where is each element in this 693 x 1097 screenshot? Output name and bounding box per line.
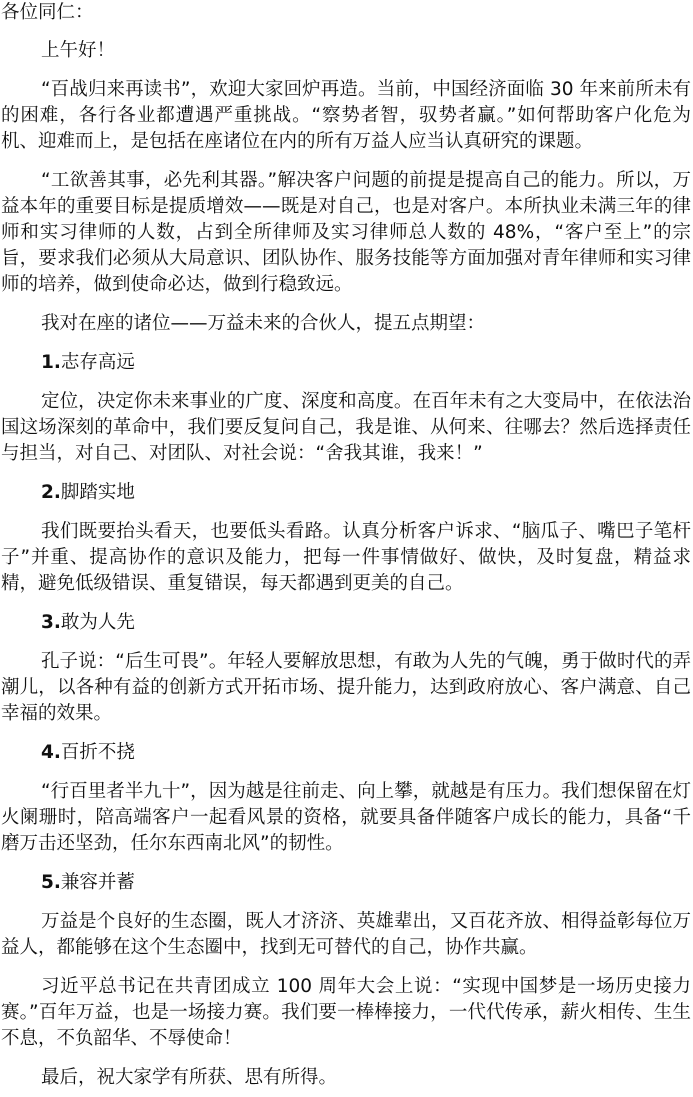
section-title: 百折不挠 [61, 742, 135, 763]
section-body: 万益是个良好的生态圈，既人才济济、英雄辈出，又百花齐放、相得益彰每位万益人，都能… [1, 909, 691, 961]
section-number: 5. [41, 872, 61, 893]
closing-paragraph: 习近平总书记在共青团成立 100 周年大会上说：“实现中国梦是一场历史接力赛。”… [1, 974, 691, 1052]
section-heading: 4.百折不挠 [1, 740, 691, 766]
section-body: “行百里者半九十”，因为越是往前走、向上攀，就越是有压力。我们想保留在灯火阑珊时… [1, 779, 691, 857]
section-body: 我们既要抬头看天，也要低头看路。认真分析客户诉求、“脑瓜子、嘴巴子笔杆子”并重、… [1, 519, 691, 597]
document-body: 各位同仁： 上午好！ “百战归来再读书”，欢迎大家回炉再造。当前，中国经济面临 … [0, 0, 693, 1091]
greeting: 上午好！ [1, 38, 691, 64]
section-body: 孔子说：“后生可畏”。年轻人要解放思想，有敢为人先的气魄，勇于做时代的弄潮儿，以… [1, 649, 691, 727]
intro-paragraph: “百战归来再读书”，欢迎大家回炉再造。当前，中国经济面临 30 年来前所未有的困… [1, 77, 691, 155]
section-number: 3. [41, 612, 61, 633]
section-number: 2. [41, 482, 61, 503]
intro-paragraph: “工欲善其事，必先利其器。”解决客户问题的前提是提高自己的能力。所以，万益本年的… [1, 168, 691, 298]
section-heading: 1.志存高远 [1, 350, 691, 376]
section-heading: 2.脚踏实地 [1, 480, 691, 506]
section-title: 兼容并蓄 [61, 872, 135, 893]
section-number: 1. [41, 352, 61, 373]
section-title: 志存高远 [61, 352, 135, 373]
salutation: 各位同仁： [1, 0, 691, 26]
intro-paragraph: 我对在座的诸位——万益未来的合伙人，提五点期望： [1, 311, 691, 337]
section-title: 敢为人先 [61, 612, 135, 633]
section-number: 4. [41, 742, 61, 763]
section-title: 脚踏实地 [61, 482, 135, 503]
closing-paragraph: 最后，祝大家学有所获、思有所得。 [1, 1065, 691, 1091]
section-heading: 3.敢为人先 [1, 610, 691, 636]
section-body: 定位，决定你未来事业的广度、深度和高度。在百年未有之大变局中，在依法治国这场深刻… [1, 389, 691, 467]
section-heading: 5.兼容并蓄 [1, 870, 691, 896]
